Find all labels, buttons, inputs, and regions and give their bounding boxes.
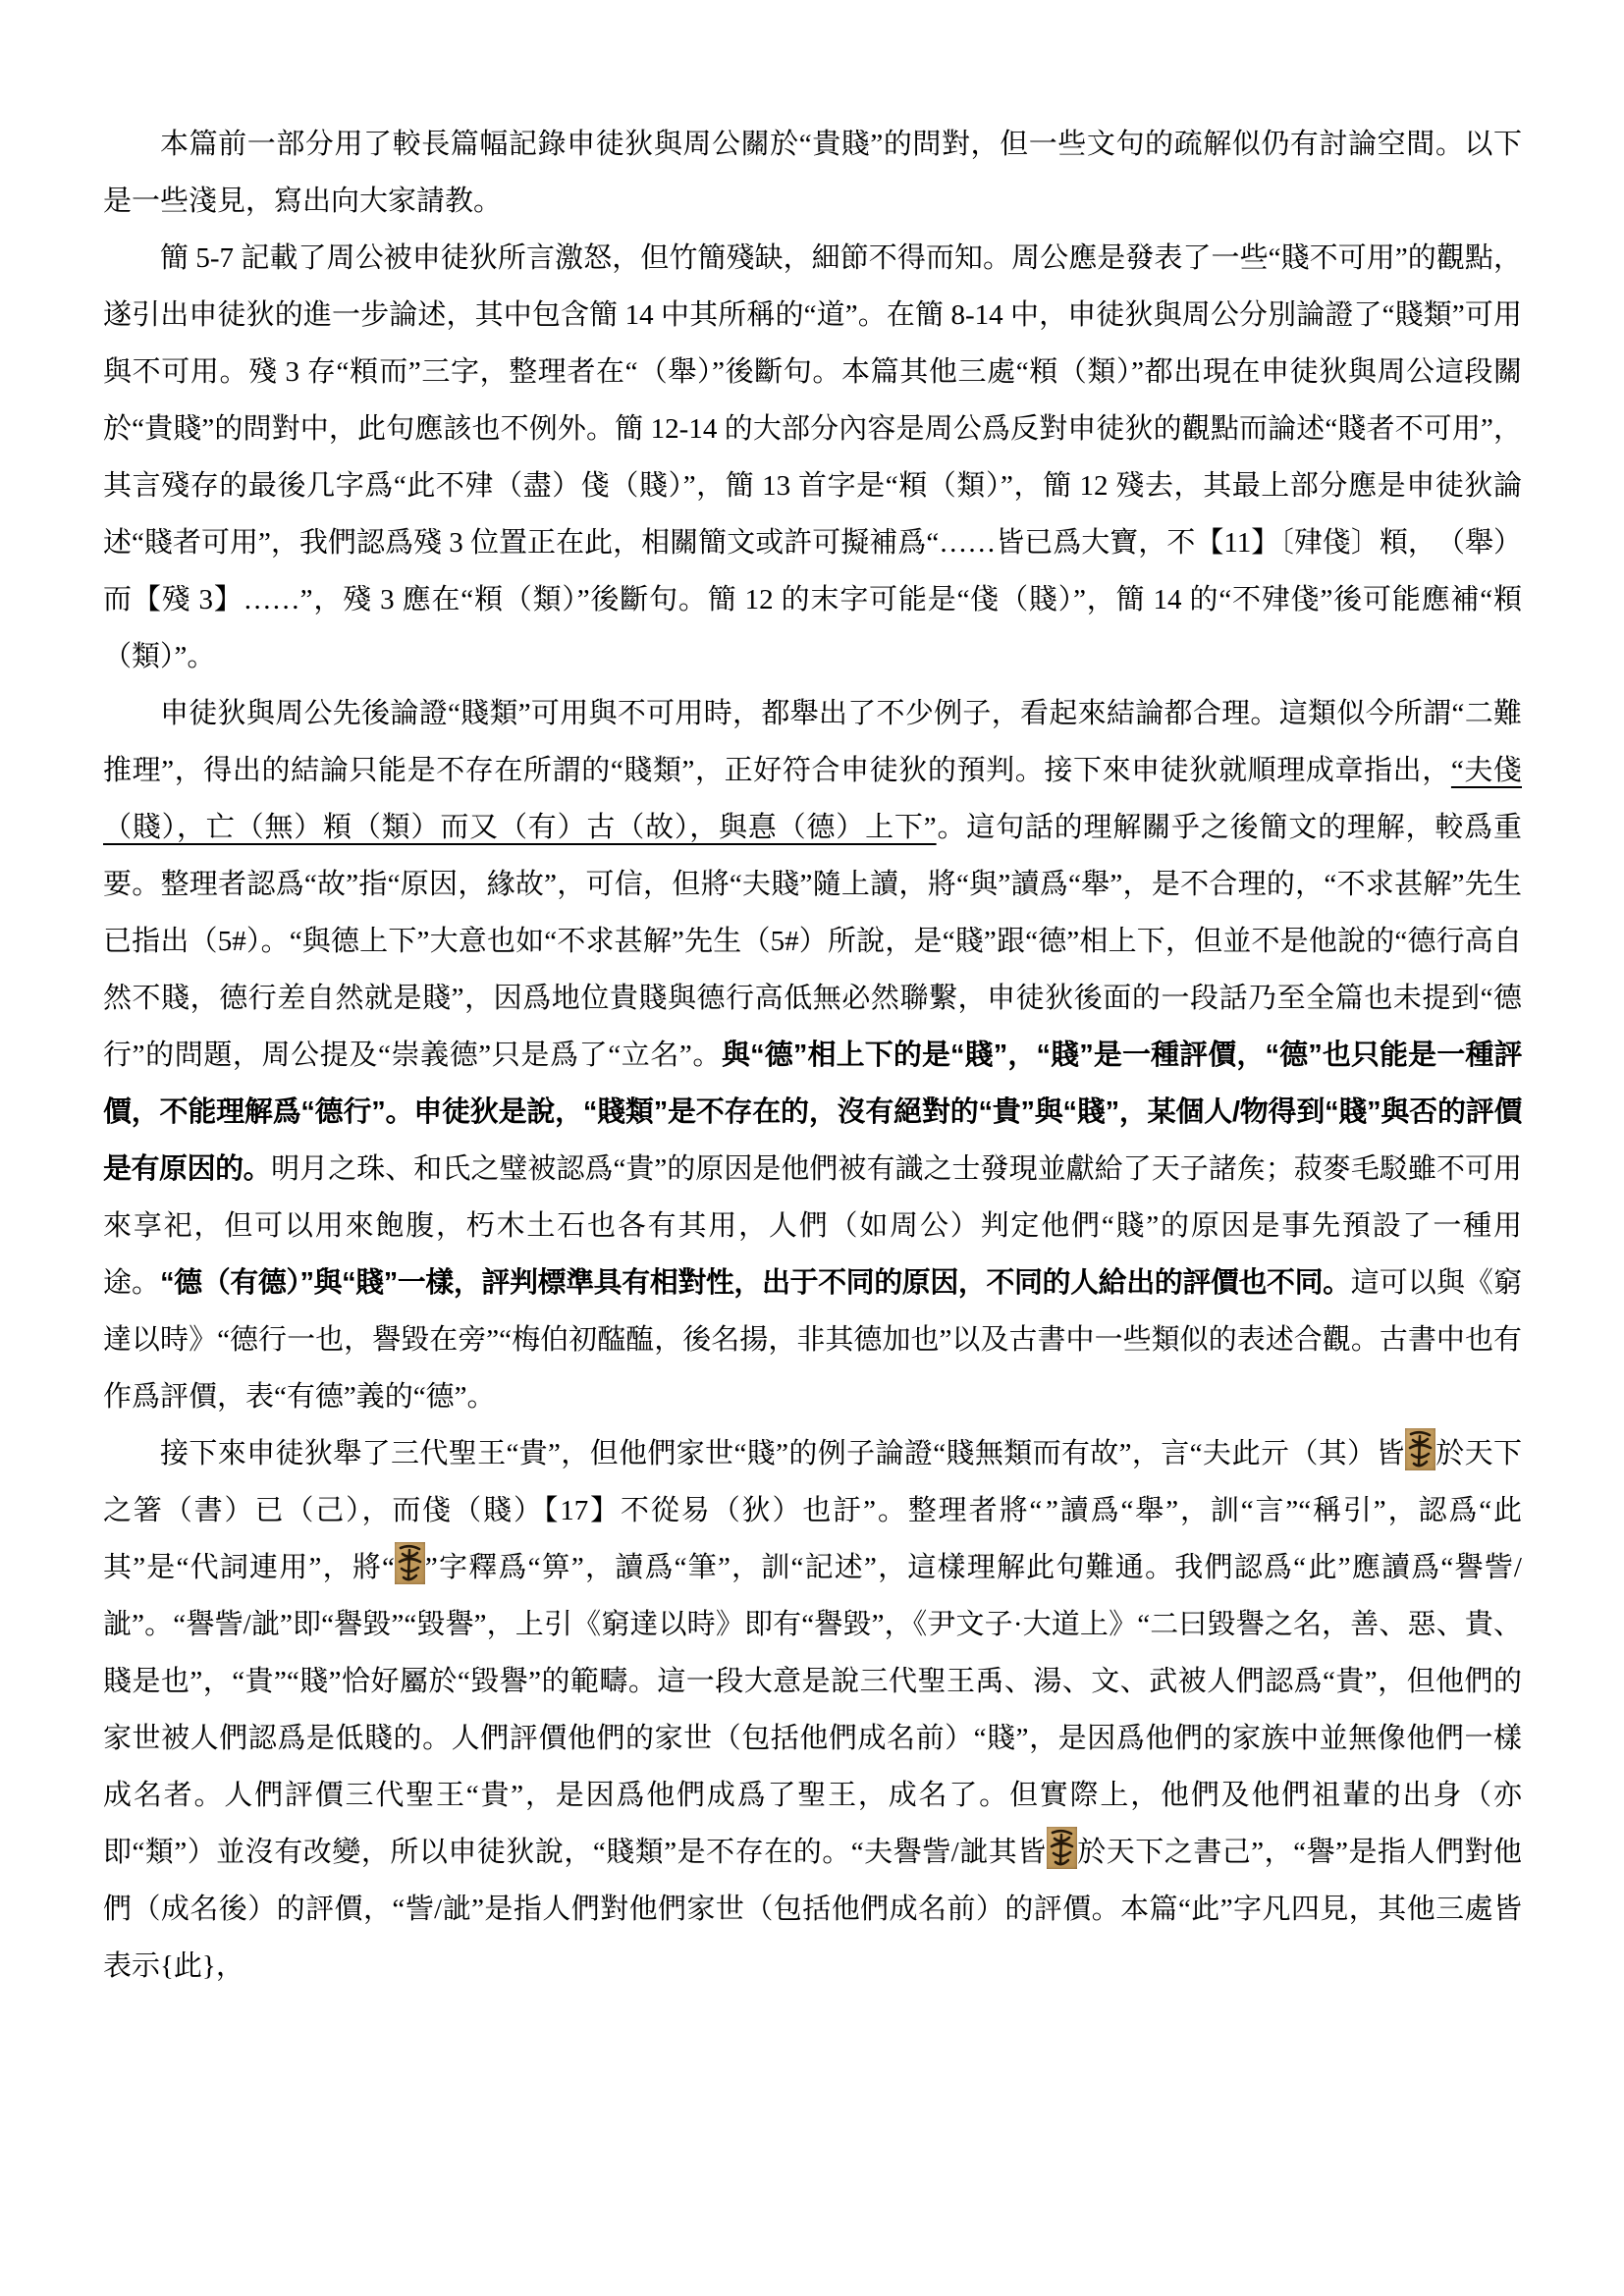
text-run: 申徒狄與周公先後論證“賤類”可用與不可用時，都舉出了不少例子，看起來結論都合理。… — [103, 698, 1522, 786]
text-run: ”字釋爲“箅”，讀爲“筆”，訓“記述”，這樣理解此句難通。我們認爲“𦥱此”應讀爲… — [103, 1552, 1522, 1868]
paragraph: 接下來申徒狄舉了三代聖王“貴”，但他們家世“賤”的例子論證“賤無類而有故”，言“… — [103, 1425, 1522, 1995]
document-body: 本篇前一部分用了較長篇幅記錄申徒狄與周公關於“貴賤”的問對，但一些文句的疏解似仍… — [103, 116, 1522, 1995]
text-run: 簡 5-7 記載了周公被申徒狄所言激怒，但竹簡殘缺，細節不得而知。周公應是發表了… — [103, 242, 1522, 672]
document-page: 本篇前一部分用了較長篇幅記錄申徒狄與周公關於“貴賤”的問對，但一些文句的疏解似仍… — [0, 0, 1624, 2296]
text-run: 本篇前一部分用了較長篇幅記錄申徒狄與周公關於“貴賤”的問對，但一些文句的疏解似仍… — [103, 129, 1522, 217]
chu-glyph-image — [395, 1542, 425, 1584]
paragraph: 簡 5-7 記載了周公被申徒狄所言激怒，但竹簡殘缺，細節不得而知。周公應是發表了… — [103, 230, 1522, 685]
text-run: 接下來申徒狄舉了三代聖王“貴”，但他們家世“賤”的例子論證“賤無類而有故”，言“… — [160, 1438, 1405, 1469]
chu-glyph-image — [1405, 1428, 1435, 1470]
paragraph: 申徒狄與周公先後論證“賤類”可用與不可用時，都舉出了不少例子，看起來結論都合理。… — [103, 685, 1522, 1425]
paragraph: 本篇前一部分用了較長篇幅記錄申徒狄與周公關於“貴賤”的問對，但一些文句的疏解似仍… — [103, 116, 1522, 230]
text-run: 。這句話的理解關乎之後簡文的理解，較爲重要。整理者認爲“故”指“原因，緣故”，可… — [103, 812, 1522, 1071]
chu-glyph-image — [1047, 1827, 1077, 1869]
bold-text-run: “德（有德）”與“賤”一樣，評判標準具有相對性，出于不同的原因，不同的人給出的評… — [160, 1267, 1351, 1299]
